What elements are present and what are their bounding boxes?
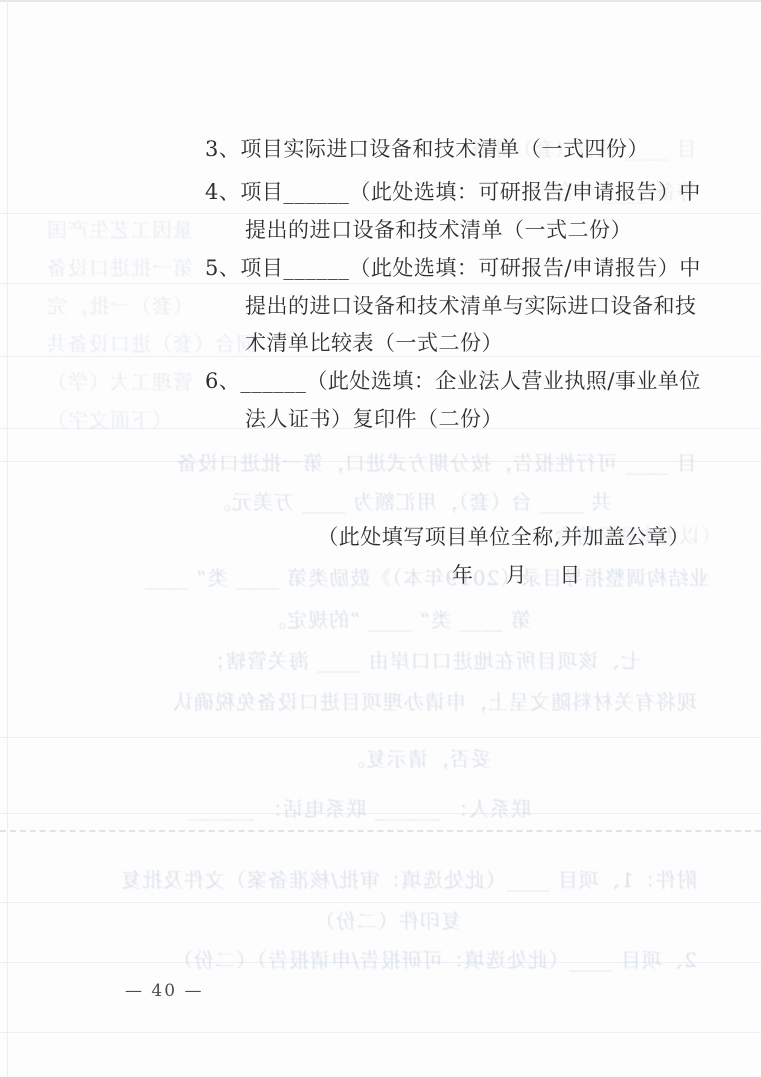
scan-streak bbox=[0, 283, 761, 284]
scan-streak bbox=[0, 1032, 761, 1033]
list-item-6-line1: 6、______（此处选填：企业法人营业执照/事业单位 bbox=[205, 365, 701, 395]
scanned-document-page: 目 ____ 共台（套）等备 等备 ____ 分合 量因工艺生产国 第一批进口设… bbox=[0, 0, 761, 1077]
date-line: 年 月 日 bbox=[452, 559, 580, 589]
bleedthrough-line: 联系人： ______ 联系电话： ______ bbox=[188, 793, 531, 822]
page-number: — 40 — bbox=[125, 981, 203, 1001]
scan-streak bbox=[0, 813, 761, 814]
bleedthrough-line: 第一批进口设备 bbox=[46, 252, 193, 281]
bleedthrough-line: 量因工艺生产国 bbox=[46, 214, 193, 243]
bleedthrough-line: 七、该项目所在地进口口岸由 ____ 海关管辖； bbox=[204, 645, 641, 674]
stamp-note: （此处填写项目单位全称,并加盖公章） bbox=[317, 521, 690, 551]
scan-streak bbox=[0, 902, 761, 903]
list-item-4-line2: 提出的进口设备和技术清单（一式二份） bbox=[245, 214, 632, 244]
list-item-5-line3: 术清单比较表（一式二份） bbox=[245, 327, 503, 357]
bleedthrough-line: 第 ____ 类“ ____ ”的规定。 bbox=[265, 604, 531, 633]
bleedthrough-line: 共 ____ 台（套），用汇额为 ____ 万美元。 bbox=[210, 486, 611, 515]
bleedthrough-line: 妥否，请示复。 bbox=[344, 743, 491, 772]
scan-streak bbox=[0, 737, 761, 738]
bleedthrough-line: 复印件（二份） bbox=[314, 905, 461, 934]
page-left-edge-line bbox=[7, 0, 8, 1077]
scan-streak bbox=[0, 461, 761, 462]
list-item-5-line2: 提出的进口设备和技术清单与实际进口设备和技 bbox=[245, 290, 697, 320]
bleedthrough-line: 现将有关材料随文呈上，申请办理项目进口设备免税确认 bbox=[172, 686, 697, 715]
bleedthrough-line: （套）一批，完 bbox=[46, 290, 193, 319]
bleedthrough-line: 管理工大（学） bbox=[46, 366, 193, 395]
list-item-3: 3、项目实际进口设备和技术清单（一式四份） bbox=[205, 133, 649, 163]
scan-streak bbox=[0, 962, 761, 963]
bleedthrough-line: 同合（套）进口设备共 bbox=[46, 328, 256, 357]
bleedthrough-line: 业结构调整指导目录（2019年本）》鼓励类第 ____ 类“ ____ bbox=[144, 562, 709, 591]
fold-line bbox=[0, 830, 761, 832]
page-top-edge-line bbox=[0, 0, 761, 2]
list-item-5-line1: 5、项目______（此处选填：可研报告/申请报告）中 bbox=[205, 252, 701, 282]
bleedthrough-line: 附件：1、项目 ____（此处选填：审批/核准备案）文件及批复 bbox=[120, 864, 697, 893]
bleedthrough-line: 2、项目 ____（此处选填：可研报告/申请报告）（二份） bbox=[172, 944, 697, 973]
list-item-6-line2: 法人证书）复印件（二份） bbox=[245, 403, 503, 433]
list-item-4-line1: 4、项目______（此处选填：可研报告/申请报告）中 bbox=[205, 176, 701, 206]
